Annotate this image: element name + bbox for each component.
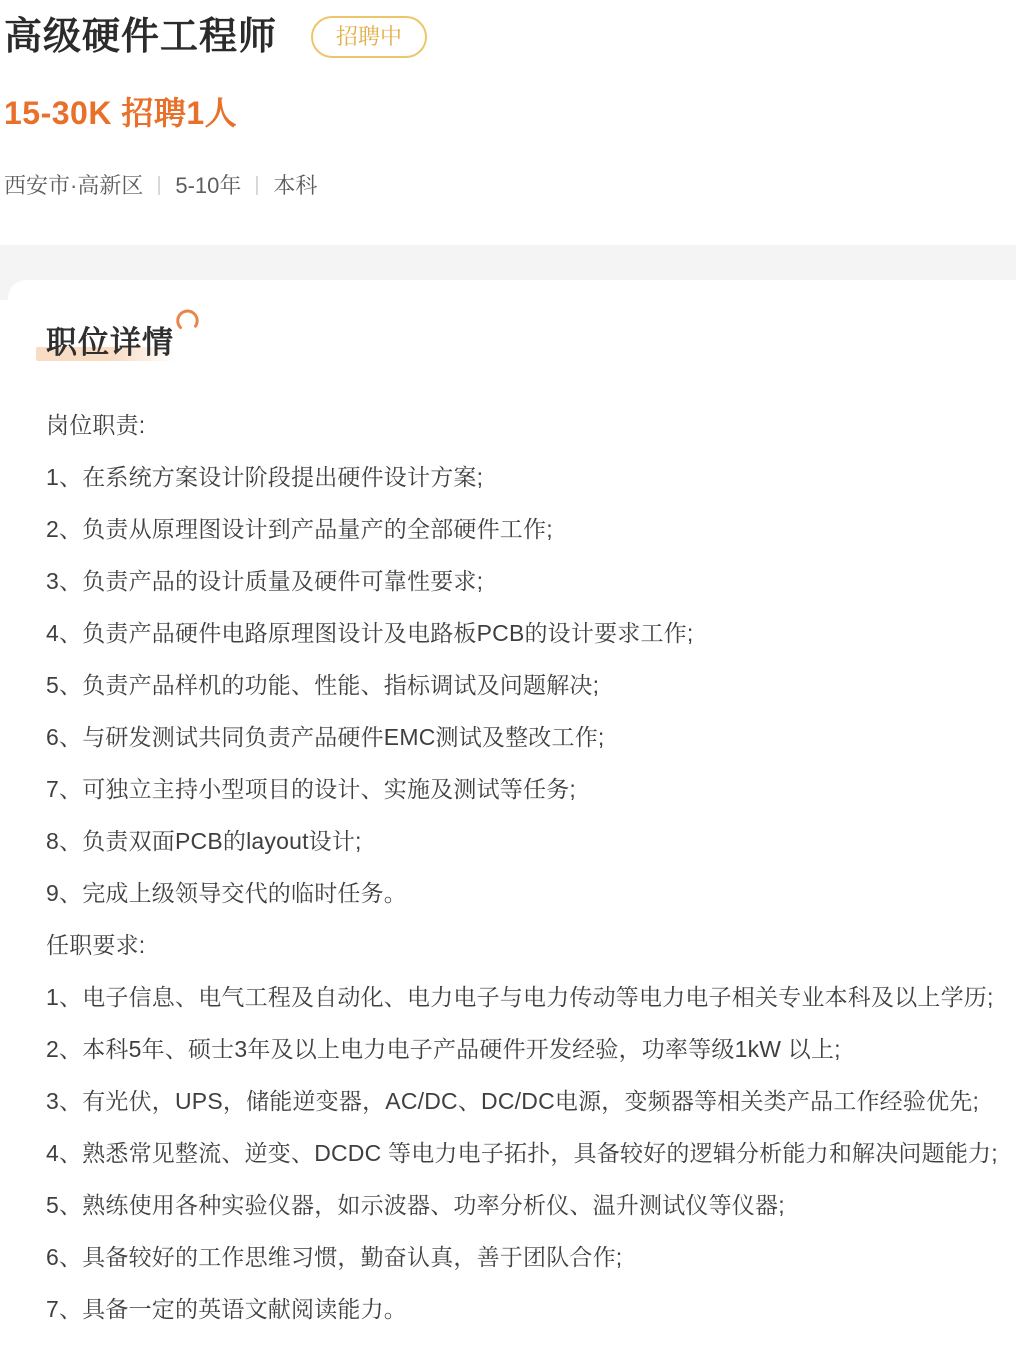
meta-divider — [158, 176, 160, 195]
salary-headcount: 15-30K 招聘1人 — [4, 94, 1000, 132]
recruiting-status-badge: 招聘中 — [311, 16, 427, 58]
description-line: 4、负责产品硬件电路原理图设计及电路板PCB的设计要求工作; — [46, 618, 1008, 648]
description-line: 3、负责产品的设计质量及硬件可靠性要求; — [46, 566, 1008, 596]
description-line: 9、完成上级领导交代的临时任务。 — [46, 878, 1008, 908]
job-title: 高级硬件工程师 — [4, 14, 277, 60]
detail-card-wrap: 职位详情 岗位职责:1、在系统方案设计阶段提出硬件设计方案;2、负责从原理图设计… — [0, 280, 1016, 1364]
description-line: 7、具备一定的英语文献阅读能力。 — [46, 1294, 1008, 1324]
description-line: 7、可独立主持小型项目的设计、实施及测试等任务; — [46, 774, 1008, 804]
description-line: 2、本科5年、硕士3年及以上电力电子产品硬件开发经验，功率等级1kW 以上; — [46, 1034, 1008, 1064]
description-line: 岗位职责: — [46, 410, 1008, 440]
description-line: 6、具备较好的工作思维习惯，勤奋认真，善于团队合作; — [46, 1242, 1008, 1272]
section-title: 职位详情 — [46, 325, 174, 360]
description-line: 1、在系统方案设计阶段提出硬件设计方案; — [46, 462, 1008, 492]
meta-divider — [256, 176, 258, 195]
detail-card: 职位详情 岗位职责:1、在系统方案设计阶段提出硬件设计方案;2、负责从原理图设计… — [8, 280, 1016, 1364]
job-description: 岗位职责:1、在系统方案设计阶段提出硬件设计方案;2、负责从原理图设计到产品量产… — [46, 410, 1008, 1324]
job-education: 本科 — [273, 172, 317, 199]
section-divider-band — [0, 245, 1016, 280]
description-line: 3、有光伏，UPS，储能逆变器，AC/DC、DC/DC电源，变频器等相关类产品工… — [46, 1086, 1008, 1116]
description-line: 1、电子信息、电气工程及自动化、电力电子与电力传动等电力电子相关专业本科及以上学… — [46, 982, 1008, 1012]
description-line: 5、负责产品样机的功能、性能、指标调试及问题解决; — [46, 670, 1008, 700]
title-row: 高级硬件工程师 招聘中 — [4, 14, 1000, 60]
job-header: 高级硬件工程师 招聘中 15-30K 招聘1人 西安市·高新区 5-10年 本科 — [0, 0, 1016, 245]
job-location: 西安市·高新区 — [4, 172, 143, 199]
arc-decoration-icon — [174, 307, 201, 334]
description-line: 8、负责双面PCB的layout设计; — [46, 826, 1008, 856]
description-line: 4、熟悉常见整流、逆变、DCDC 等电力电子拓扑，具备较好的逻辑分析能力和解决问… — [46, 1138, 1008, 1168]
description-line: 2、负责从原理图设计到产品量产的全部硬件工作; — [46, 514, 1008, 544]
description-line: 6、与研发测试共同负责产品硬件EMC测试及整改工作; — [46, 722, 1008, 752]
description-line: 任职要求: — [46, 930, 1008, 960]
job-meta-row: 西安市·高新区 5-10年 本科 — [4, 172, 1000, 199]
job-experience: 5-10年 — [175, 172, 241, 199]
section-title-wrap: 职位详情 — [46, 324, 174, 362]
description-line: 5、熟练使用各种实验仪器，如示波器、功率分析仪、温升测试仪等仪器; — [46, 1190, 1008, 1220]
